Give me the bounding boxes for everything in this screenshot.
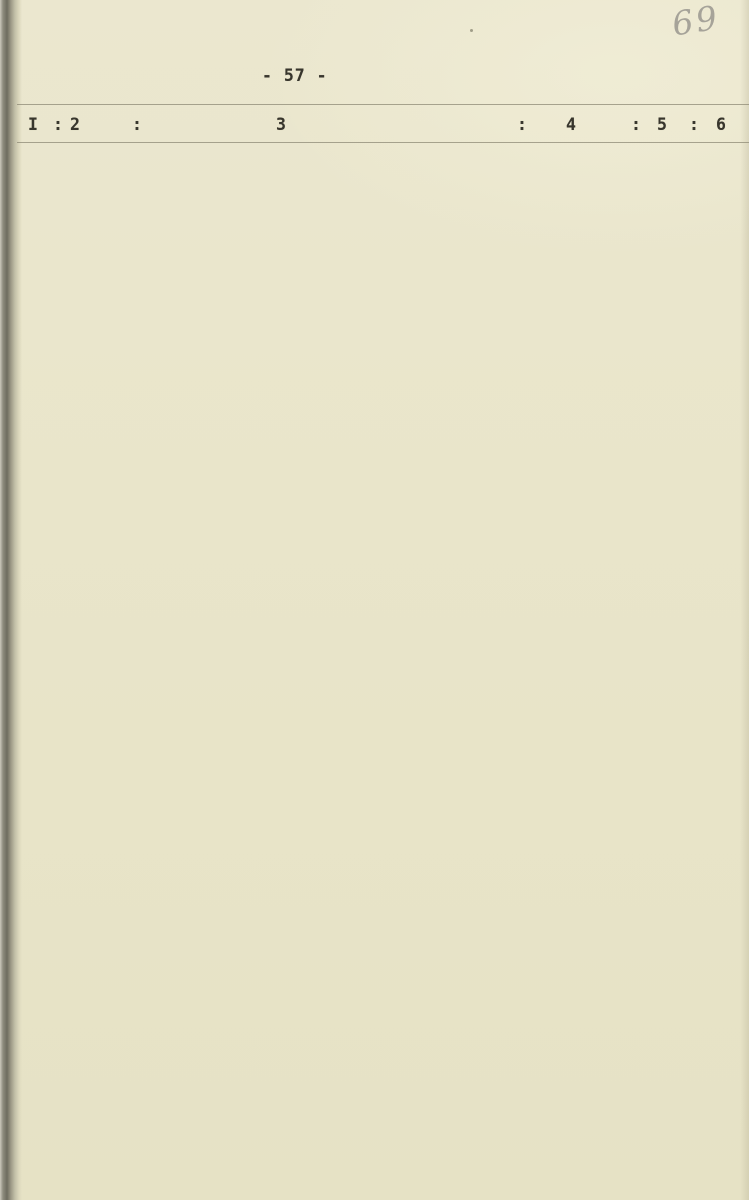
col-header-4: 4 (566, 115, 576, 134)
col-divider: : (689, 115, 699, 134)
col-header-1: I (28, 115, 38, 134)
col-divider: : (631, 115, 641, 134)
table-header-rule (17, 142, 749, 143)
binding-edge (0, 0, 22, 1200)
table-header-row: I : 2 : 3 : 4 : 5 : 6 (0, 115, 749, 139)
col-header-6: 6 (716, 115, 726, 134)
col-header-5: 5 (657, 115, 667, 134)
scanned-page: 69 - 57 - I : 2 : 3 : 4 : 5 : 6 (0, 0, 749, 1200)
table-top-rule (17, 104, 749, 105)
col-header-2: 2 (70, 115, 80, 134)
col-divider: : (517, 115, 527, 134)
col-divider: : (53, 115, 63, 134)
typed-page-number: - 57 - (262, 66, 328, 85)
col-header-3: 3 (276, 115, 286, 134)
pencil-page-number: 69 (669, 0, 723, 44)
col-divider: : (132, 115, 142, 134)
paper-speck (470, 29, 473, 32)
